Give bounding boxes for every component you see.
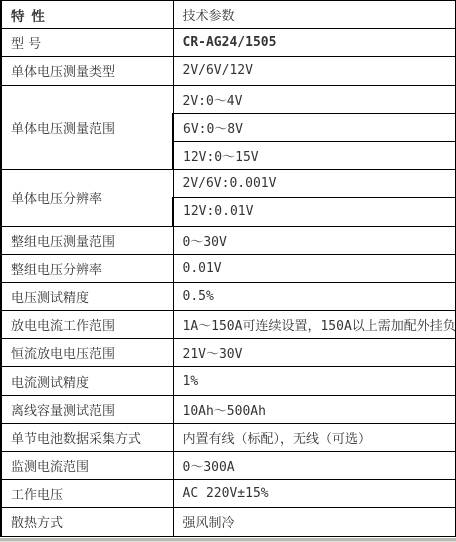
row-label: 电压测试精度 <box>1 282 173 310</box>
row-value: 2V/6V:0.001V <box>173 170 456 198</box>
row-label: 电流测试精度 <box>1 367 173 395</box>
row-label: 单节电池数据采集方式 <box>1 423 173 451</box>
row-value: 1% <box>173 367 456 395</box>
row-value: CR-AG24/1505 <box>173 29 456 57</box>
row-value: 2V/6V/12V <box>173 57 456 85</box>
table-row: 工作电压AC 220V±15% <box>1 480 456 508</box>
row-label: 型 号 <box>1 29 173 57</box>
row-label: 离线容量测试范围 <box>1 395 173 423</box>
table-header-row: 特 性 技术参数 <box>1 1 456 29</box>
table-row: 单体电压测量类型2V/6V/12V <box>1 57 456 85</box>
bottom-cutoff-strip <box>0 538 456 542</box>
row-value: 0～300A <box>173 452 456 480</box>
row-label: 单体电压测量范围 <box>1 85 173 170</box>
row-label: 工作电压 <box>1 480 173 508</box>
row-value: 内置有线（标配），无线（可选） <box>173 423 456 451</box>
spec-table: 特 性 技术参数 型 号CR-AG24/1505单体电压测量类型2V/6V/12… <box>0 0 456 537</box>
table-row: 电压测试精度0.5% <box>1 282 456 310</box>
row-label: 放电电流工作范围 <box>1 311 173 339</box>
row-label: 整组电压测量范围 <box>1 226 173 254</box>
row-value: 1A～150A可连续设置，150A以上需加配外挂负载 <box>173 311 456 339</box>
table-row: 整组电压测量范围0～30V <box>1 226 456 254</box>
row-value: 强风制冷 <box>173 508 456 536</box>
row-value: 21V～30V <box>173 339 456 367</box>
row-value: 0.5% <box>173 282 456 310</box>
table-row: 电流测试精度1% <box>1 367 456 395</box>
header-feature-cell: 特 性 <box>1 1 173 29</box>
table-row: 散热方式强风制冷 <box>1 508 456 536</box>
row-value: 0～30V <box>173 226 456 254</box>
row-value: 0.01V <box>173 254 456 282</box>
row-label: 散热方式 <box>1 508 173 536</box>
row-label: 单体电压分辨率 <box>1 170 173 226</box>
spec-page: 特 性 技术参数 型 号CR-AG24/1505单体电压测量类型2V/6V/12… <box>0 0 456 542</box>
table-row: 恒流放电电压范围21V～30V <box>1 339 456 367</box>
table-row: 型 号CR-AG24/1505 <box>1 29 456 57</box>
row-label: 整组电压分辨率 <box>1 254 173 282</box>
row-value: 12V:0.01V <box>173 198 456 226</box>
row-value: 6V:0～8V <box>173 113 456 141</box>
table-row: 单体电压测量范围2V:0～4V <box>1 85 456 113</box>
row-label: 单体电压测量类型 <box>1 57 173 85</box>
header-param-cell: 技术参数 <box>173 1 456 29</box>
table-row: 离线容量测试范围10Ah～500Ah <box>1 395 456 423</box>
table-row: 单体电压分辨率2V/6V:0.001V <box>1 170 456 198</box>
table-row: 单节电池数据采集方式内置有线（标配），无线（可选） <box>1 423 456 451</box>
row-value: 2V:0～4V <box>173 85 456 113</box>
table-row: 整组电压分辨率0.01V <box>1 254 456 282</box>
row-value: 12V:0～15V <box>173 141 456 169</box>
row-label: 恒流放电电压范围 <box>1 339 173 367</box>
row-label: 监测电流范围 <box>1 452 173 480</box>
row-value: AC 220V±15% <box>173 480 456 508</box>
table-row: 放电电流工作范围1A～150A可连续设置，150A以上需加配外挂负载 <box>1 311 456 339</box>
table-row: 监测电流范围0～300A <box>1 452 456 480</box>
row-value: 10Ah～500Ah <box>173 395 456 423</box>
